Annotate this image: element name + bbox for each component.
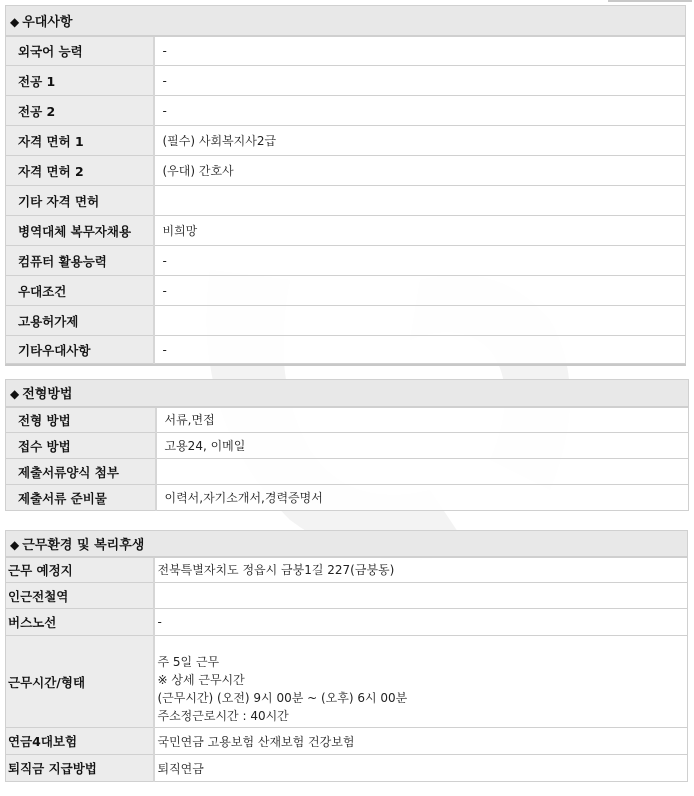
row-value: (우대) 간호사 <box>154 156 686 186</box>
table-row: 퇴직금 지급방법 퇴직연금 <box>6 755 688 782</box>
row-label: 외국어 능력 <box>6 36 154 66</box>
table-row: 접수 방법 고용24, 이메일 <box>6 433 689 459</box>
row-value <box>154 306 686 336</box>
row-value: - <box>154 66 686 96</box>
table-row: 기타 자격 면허 <box>6 186 686 216</box>
work-hours-line: (근무시간) (오전) 9시 00분 ~ (오후) 6시 00분 <box>158 689 688 707</box>
table-row: 외국어 능력 - <box>6 36 686 66</box>
row-label: 제출서류 준비물 <box>6 485 156 511</box>
row-value: 비희망 <box>154 216 686 246</box>
table-row: 버스노선 - <box>6 609 688 636</box>
row-label: 근무 예정지 <box>6 557 154 583</box>
row-label: 컴퓨터 활용능력 <box>6 246 154 276</box>
row-value: - <box>154 336 686 364</box>
table-row: 자격 면허 1 (필수) 사회복지사2급 <box>6 126 686 156</box>
row-label: 퇴직금 지급방법 <box>6 755 154 782</box>
table-row: 인근전철역 <box>6 583 688 609</box>
table-row: 전공 1 - <box>6 66 686 96</box>
row-value: - <box>154 36 686 66</box>
row-value: 국민연금 고용보험 산재보험 건강보험 <box>154 728 688 755</box>
row-label: 전공 2 <box>6 96 154 126</box>
row-label: 전형 방법 <box>6 407 156 433</box>
row-value: 고용24, 이메일 <box>156 433 689 459</box>
row-label: 연금4대보험 <box>6 728 154 755</box>
table-row: 제출서류양식 첨부 <box>6 459 689 485</box>
row-value: (필수) 사회복지사2급 <box>154 126 686 156</box>
row-label: 인근전철역 <box>6 583 154 609</box>
table-row: 우대조건 - <box>6 276 686 306</box>
diamond-icon: ◆ <box>10 538 19 552</box>
row-value: - <box>154 96 686 126</box>
row-label: 고용허가제 <box>6 306 154 336</box>
work-environment-section: ◆근무환경 및 복리후생 근무 예정지 전북특별자치도 정읍시 금붕1길 227… <box>5 530 688 782</box>
table-row: 연금4대보험 국민연금 고용보험 산재보험 건강보험 <box>6 728 688 755</box>
table-row: 고용허가제 <box>6 306 686 336</box>
top-divider <box>608 0 692 2</box>
table-row: 제출서류 준비물 이력서,자기소개서,경력증명서 <box>6 485 689 511</box>
row-label: 우대조건 <box>6 276 154 306</box>
row-value <box>154 186 686 216</box>
work-environment-table: ◆근무환경 및 복리후생 근무 예정지 전북특별자치도 정읍시 금붕1길 227… <box>5 530 688 782</box>
row-value <box>154 583 688 609</box>
section-header: ◆근무환경 및 복리후생 <box>6 531 688 557</box>
section-header: ◆전형방법 <box>6 380 689 407</box>
table-row: 근무시간/형태 주 5일 근무 ※ 상세 근무시간 (근무시간) (오전) 9시… <box>6 636 688 728</box>
row-value: 서류,면접 <box>156 407 689 433</box>
table-row: 병역대체 복무자채용 비희망 <box>6 216 686 246</box>
section-title: ◆우대사항 <box>6 6 686 36</box>
row-value: - <box>154 246 686 276</box>
row-value: - <box>154 609 688 636</box>
row-value <box>156 459 689 485</box>
table-row: 전공 2 - <box>6 96 686 126</box>
row-label: 버스노선 <box>6 609 154 636</box>
section-title: ◆근무환경 및 복리후생 <box>6 531 688 557</box>
preferences-section: ◆우대사항 외국어 능력 - 전공 1 - 전공 2 - 자격 면허 1 (필수… <box>5 5 686 366</box>
section-header: ◆우대사항 <box>6 6 686 36</box>
row-label: 전공 1 <box>6 66 154 96</box>
diamond-icon: ◆ <box>10 15 19 29</box>
selection-method-section: ◆전형방법 전형 방법 서류,면접 접수 방법 고용24, 이메일 제출서류양식… <box>5 379 689 511</box>
row-label: 제출서류양식 첨부 <box>6 459 156 485</box>
table-row: 전형 방법 서류,면접 <box>6 407 689 433</box>
row-label: 자격 면허 2 <box>6 156 154 186</box>
detail-hours-heading: ※ 상세 근무시간 <box>158 671 688 689</box>
row-value: - <box>154 276 686 306</box>
row-value: 이력서,자기소개서,경력증명서 <box>156 485 689 511</box>
table-row: 근무 예정지 전북특별자치도 정읍시 금붕1길 227(금붕동) <box>6 557 688 583</box>
row-label: 근무시간/형태 <box>6 636 154 728</box>
table-row: 자격 면허 2 (우대) 간호사 <box>6 156 686 186</box>
weekly-hours-line: 주소정근로시간 : 40시간 <box>158 707 688 725</box>
row-label: 기타우대사항 <box>6 336 154 364</box>
section-title: ◆전형방법 <box>6 380 689 407</box>
table-row: 컴퓨터 활용능력 - <box>6 246 686 276</box>
row-label: 기타 자격 면허 <box>6 186 154 216</box>
row-value: 전북특별자치도 정읍시 금붕1길 227(금붕동) <box>154 557 688 583</box>
selection-method-table: ◆전형방법 전형 방법 서류,면접 접수 방법 고용24, 이메일 제출서류양식… <box>5 379 689 511</box>
diamond-icon: ◆ <box>10 387 19 401</box>
preferences-table: ◆우대사항 외국어 능력 - 전공 1 - 전공 2 - 자격 면허 1 (필수… <box>5 5 686 364</box>
row-label: 접수 방법 <box>6 433 156 459</box>
work-days-line: 주 5일 근무 <box>158 653 688 671</box>
row-value: 퇴직연금 <box>154 755 688 782</box>
row-label: 병역대체 복무자채용 <box>6 216 154 246</box>
row-value-multiline: 주 5일 근무 ※ 상세 근무시간 (근무시간) (오전) 9시 00분 ~ (… <box>154 636 688 728</box>
row-label: 자격 면허 1 <box>6 126 154 156</box>
table-row: 기타우대사항 - <box>6 336 686 364</box>
